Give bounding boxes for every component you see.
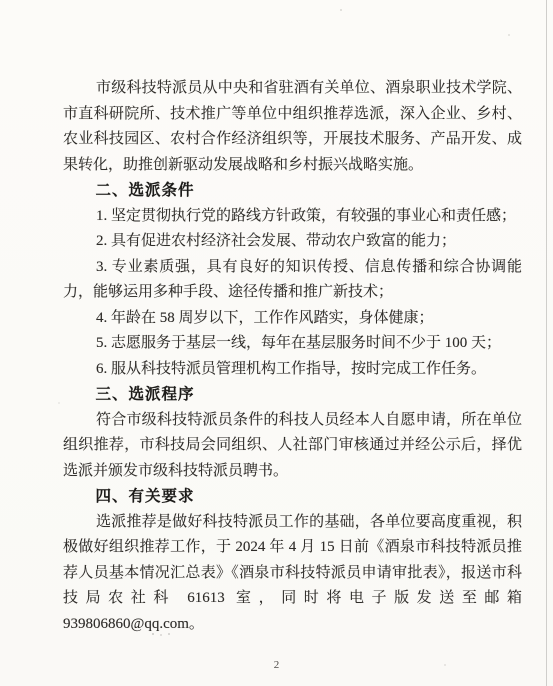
intro-paragraph: 市级科技特派员从中央和省驻酒有关单位、酒泉职业技术学院、市直科研院所、技术推广等… <box>63 76 522 178</box>
scan-noise-specks <box>0 0 2 2</box>
condition-item-2: 2. 具有促进农村经济社会发展、带动农户致富的能力； <box>63 229 522 255</box>
section-heading-procedure: 三、选派程序 <box>63 382 522 408</box>
section-heading-requirements: 四、有关要求 <box>63 484 522 510</box>
scanned-document-page: 市级科技特派员从中央和省驻酒有关单位、酒泉职业技术学院、市直科研院所、技术推广等… <box>0 0 553 686</box>
section-selection-procedure: 三、选派程序 符合市级科技特派员条件的科技人员经本人自愿申请，所在单位组织推荐，… <box>63 382 522 484</box>
section-selection-conditions: 二、选派条件 1. 坚定贯彻执行党的路线方针政策，有较强的事业心和责任感； 2.… <box>63 178 522 382</box>
section-heading-conditions: 二、选派条件 <box>63 178 522 204</box>
document-body: 市级科技特派员从中央和省驻酒有关单位、酒泉职业技术学院、市直科研院所、技术推广等… <box>63 76 522 637</box>
condition-item-1: 1. 坚定贯彻执行党的路线方针政策，有较强的事业心和责任感； <box>63 204 522 230</box>
scan-edge-line <box>546 0 547 686</box>
condition-item-3: 3. 专业素质强，具有良好的知识传授、信息传播和综合协调能力，能够运用多种手段、… <box>63 255 522 306</box>
procedure-paragraph: 符合市级科技特派员条件的科技人员经本人自愿申请，所在单位组织推荐，市科技局会同组… <box>63 408 522 485</box>
requirements-paragraph: 选派推荐是做好科技特派员工作的基础，各单位要高度重视，积极做好组织推荐工作，于 … <box>63 510 522 638</box>
condition-item-6: 6. 服从科技特派员管理机构工作指导，按时完成工作任务。 <box>63 357 522 383</box>
condition-item-5: 5. 志愿服务于基层一线，每年在基层服务时间不少于 100 天； <box>63 331 522 357</box>
section-requirements: 四、有关要求 选派推荐是做好科技特派员工作的基础，各单位要高度重视，积极做好组织… <box>63 484 522 637</box>
condition-item-4: 4. 年龄在 58 周岁以下，工作作风踏实，身体健康； <box>63 306 522 332</box>
page-number: 2 <box>0 659 553 671</box>
